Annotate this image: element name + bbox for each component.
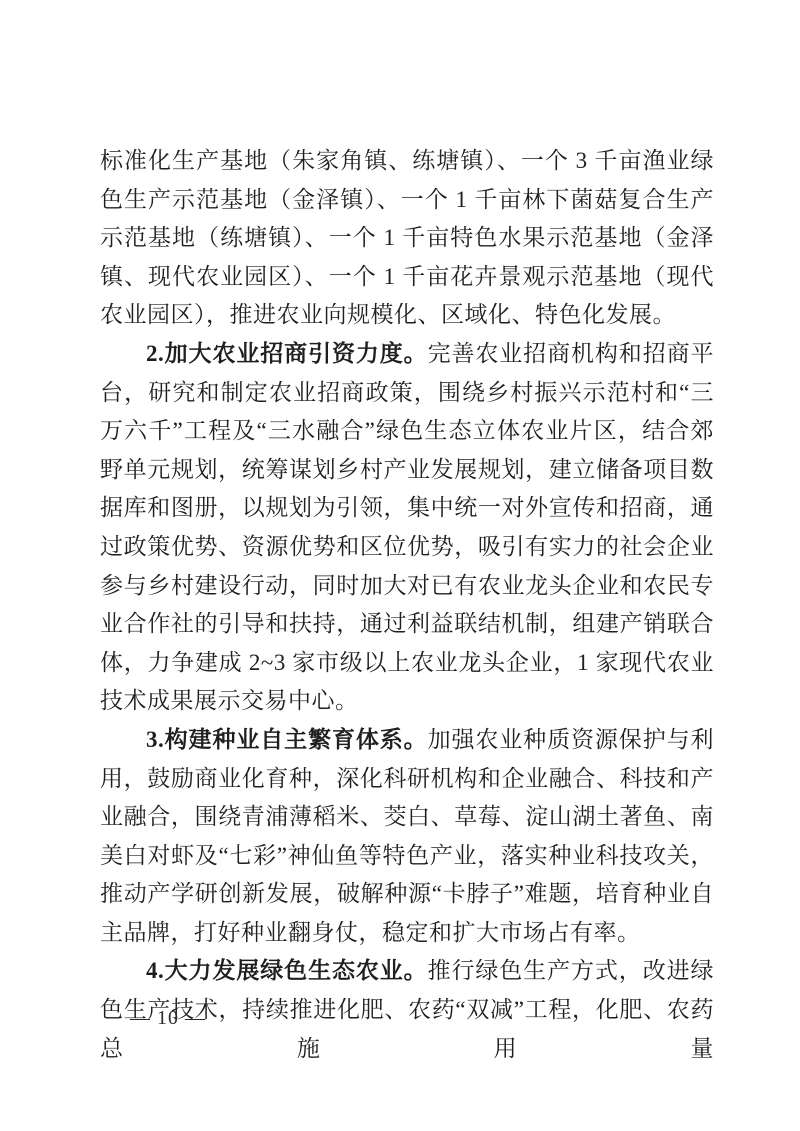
document-body: 标准化生产基地（朱家角镇、练塘镇）、一个 3 千亩渔业绿色生产示范基地（金泽镇）… <box>100 142 714 1068</box>
paragraph-text: 加强农业种质资源保护与利用，鼓励商业化育种，深化科研机构和企业融合、科技和产业融… <box>100 727 714 945</box>
paragraph-item-3: 3.构建种业自主繁育体系。加强农业种质资源保护与利用，鼓励商业化育种，深化科研机… <box>100 721 714 953</box>
paragraph-continuation: 标准化生产基地（朱家角镇、练塘镇）、一个 3 千亩渔业绿色生产示范基地（金泽镇）… <box>100 142 714 335</box>
paragraph-heading: 2.加大农业招商引资力度。 <box>146 341 428 366</box>
paragraph-text: 完善农业招商机构和招商平台，研究和制定农业招商政策，围绕乡村振兴示范村和“三万六… <box>100 341 714 713</box>
paragraph-text: 标准化生产基地（朱家角镇、练塘镇）、一个 3 千亩渔业绿色生产示范基地（金泽镇）… <box>100 148 714 327</box>
page-number: — 10 — <box>130 1005 206 1031</box>
document-page: 标准化生产基地（朱家角镇、练塘镇）、一个 3 千亩渔业绿色生产示范基地（金泽镇）… <box>0 0 800 1131</box>
paragraph-item-2: 2.加大农业招商引资力度。完善农业招商机构和招商平台，研究和制定农业招商政策，围… <box>100 335 714 721</box>
paragraph-heading: 3.构建种业自主繁育体系。 <box>146 727 428 752</box>
paragraph-heading: 4.大力发展绿色生态农业。 <box>146 958 428 983</box>
